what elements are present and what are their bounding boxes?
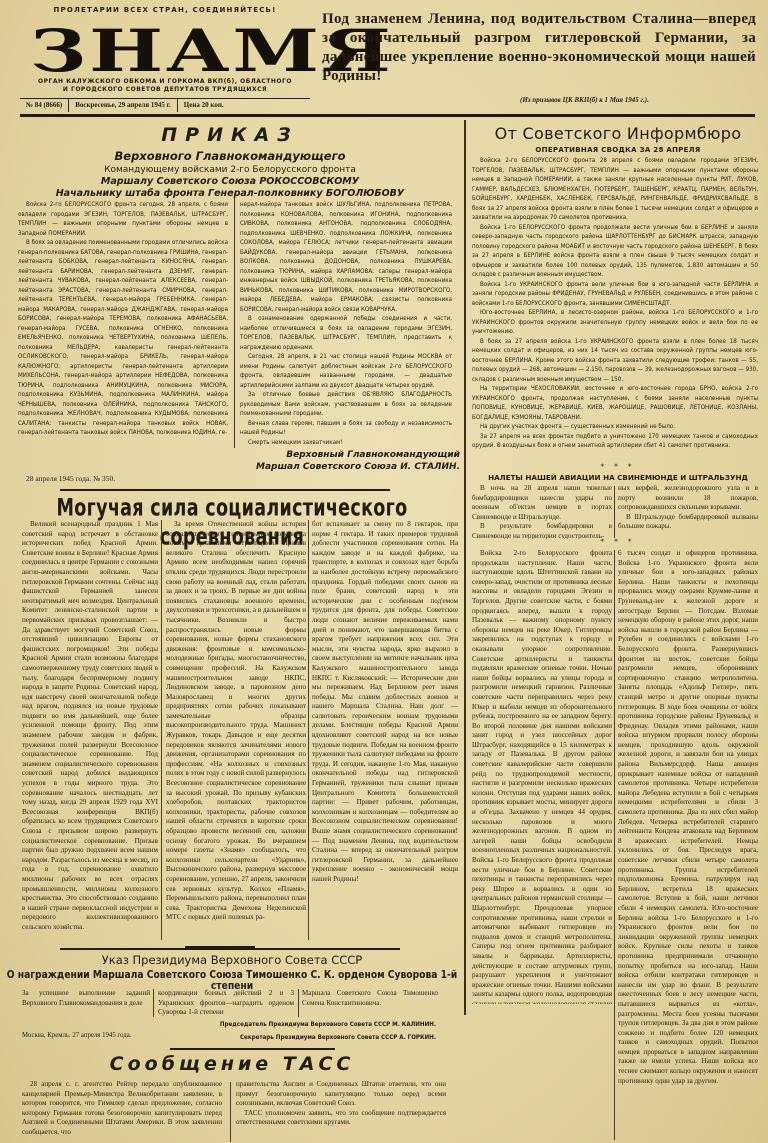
ukaz-title: Указ Президиума Верховного Совета СССР	[0, 953, 464, 967]
column-divider	[234, 198, 235, 448]
tass-column-2: правительства Англии и Соединенных Штато…	[236, 1080, 446, 1143]
section-divider	[170, 1048, 335, 1050]
editorial-column-3: бот вспахивает за смену по 8 гектаров, п…	[312, 520, 458, 935]
ukaz-column-3: Маршала Советского Союза Тимошенко Семен…	[302, 989, 438, 1019]
organ-line-2: И ГОРОДСКОГО СОВЕТОВ ДЕПУТАТОВ ТРУДЯЩИХС…	[20, 86, 310, 94]
raid-title: НАЛЕТЫ НАШЕЙ АВИАЦИИ НА СВИНЕМЮНДЕ И ШТР…	[468, 473, 768, 482]
newspaper-page: ПРОЛЕТАРИИ ВСЕХ СТРАН, СОЕДИНЯЙТЕСЬ! ЗНА…	[0, 0, 768, 1143]
ukaz-signature-2: Секретарь Президиума Верховного Совета С…	[186, 1034, 436, 1041]
issue-price: Цена 20 коп.	[178, 99, 230, 112]
editorial-paragraph: бот вспахивает за смену по 8 гектаров, п…	[312, 520, 458, 885]
editorial-paragraph: За время Отечественной войны история соц…	[166, 520, 306, 923]
raid-paragraph: В Штральзунде бомбардировкой вызваны бол…	[618, 513, 758, 532]
sovinformburo-report: Войска 2-го БЕЛОРУССКОГО фронта 28 апрел…	[472, 156, 758, 454]
section-stars-divider: * * *	[468, 538, 768, 546]
tass-column-1: 28 апреля с. г. агентство Рейтер передал…	[22, 1080, 222, 1143]
front-news-column-2: 6 тысяч солдат и офицеров противника. Во…	[618, 549, 758, 1139]
report-paragraph: Войска 1-го УКРАИНСКОГО фронта вели улич…	[472, 280, 758, 309]
order-paragraph: Вечная слава героям, павшим в боях за св…	[240, 419, 452, 438]
tass-title: Сообщение ТАСС	[0, 1053, 464, 1075]
report-paragraph: В боях за 27 апреля войска 1-го УКРАИНСК…	[472, 337, 758, 385]
column-divider	[230, 1082, 231, 1142]
column-divider	[153, 989, 154, 1017]
report-paragraph: Войска 1-го БЕЛОРУССКОГО фронта продолжа…	[472, 223, 758, 280]
editorial-paragraph: Великий всенародный праздник 1 Мая совет…	[22, 520, 158, 930]
raid-paragraph: ных верфей, железнодорожного узла и в по…	[618, 484, 758, 513]
order-paragraph: В боях за овладение поименованными город…	[18, 238, 228, 438]
ukaz-place-date: Москва, Кремль. 27 апреля 1945 года.	[22, 1032, 131, 1039]
order-signature-name: Маршал Советского Союза И. СТАЛИН.	[200, 462, 460, 472]
order-addressee-1: Командующему войсками 2-го Белорусского …	[0, 165, 460, 175]
column-divider	[614, 486, 615, 538]
report-paragraph: Войска 2-го БЕЛОРУССКОГО фронта 28 апрел…	[472, 156, 758, 223]
order-paragraph: Смерть немецким захватчикам!	[240, 438, 452, 448]
issue-info-bar: № 84 (8666) Воскресенье, 29 апреля 1945 …	[20, 98, 310, 112]
slogan-source: (Из призывов ЦК ВКП(б) к 1 Мая 1945 г.).	[520, 96, 649, 104]
order-signature-title: Верховный Главнокомандующий	[230, 450, 460, 460]
section-stars-divider: * * *	[468, 463, 768, 471]
masthead-slogan: Под знаменем Ленина, под водительством С…	[322, 10, 756, 86]
order-paragraph: Войска 2-го БЕЛОРУССКОГО фронта сегодня,…	[18, 200, 228, 238]
column-divider	[614, 550, 615, 1140]
tass-paragraph: 28 апреля с. г. агентство Рейтер передал…	[22, 1080, 222, 1138]
raid-paragraph: В результате бомбардировки в Свинемюнде …	[472, 522, 612, 539]
order-subtitle: Верховного Главнокомандующего	[0, 149, 460, 163]
order-addressee-2: Маршалу Советского Союза РОКОССОВСКОМУ	[0, 176, 460, 187]
editorial-column-2: За время Отечественной войны история соц…	[166, 520, 306, 935]
sovinformburo-subtitle: ОПЕРАТИВНАЯ СВОДКА ЗА 28 АПРЕЛЯ	[468, 146, 768, 154]
order-column-1: Войска 2-го БЕЛОРУССКОГО фронта сегодня,…	[18, 200, 228, 440]
section-divider	[464, 120, 466, 1015]
masthead-organ: ОРГАН КАЛУЖСКОГО ОБКОМА И ГОРКОМА ВКП(б)…	[20, 78, 310, 95]
masthead-motto: ПРОЛЕТАРИИ ВСЕХ СТРАН, СОЕДИНЯЙТЕСЬ!	[0, 6, 330, 14]
issue-date: Воскресенье, 29 апреля 1945 г.	[69, 99, 178, 112]
report-paragraph: Юго-восточнее БЕРЛИНА, в лесисто-озерном…	[472, 308, 758, 337]
ukaz-column-1: За успешное выполнение заданий Верховног…	[22, 989, 150, 1029]
section-divider-accent	[185, 946, 255, 950]
tass-paragraph: ТАСС уполномочен заявить, что это сообще…	[236, 1109, 446, 1128]
tass-paragraph: правительства Англии и Соединенных Штато…	[236, 1080, 446, 1109]
column-divider	[298, 989, 299, 1017]
section-divider	[60, 489, 390, 491]
editorial-column-1: Великий всенародный праздник 1 Мая совет…	[22, 520, 158, 930]
order-paragraph: В ознаменование одержанной победы соедин…	[240, 314, 452, 352]
report-paragraph: На других участках фронта — существенных…	[472, 422, 758, 432]
front-news-column-1: Войска 2-го Белорусского фронта продолжа…	[472, 549, 612, 1004]
report-paragraph: За 27 апреля на всех фронтах подбито и у…	[472, 432, 758, 451]
ukaz-column-2: координации боевых действий 2 и 3 Украин…	[158, 989, 294, 1019]
order-date: 28 апреля 1945 года. № 350.	[26, 474, 115, 483]
order-addressee-3: Начальнику штаба фронта Генерал-полковни…	[0, 188, 460, 199]
order-title: ПРИКАЗ	[0, 124, 460, 146]
order-paragraph: За отличные боевые действия ОБ'ЯВЛЯЮ БЛА…	[240, 390, 452, 419]
report-paragraph: На территории ЧЕХОСЛОВАКИИ, восточнее и …	[472, 384, 758, 422]
column-divider	[161, 520, 162, 940]
news-paragraph: Войска 2-го Белорусского фронта продолжа…	[472, 549, 612, 1004]
order-paragraph: нерал-майора танковых войск ШУЛЬГИНА, по…	[240, 200, 452, 314]
news-paragraph: 6 тысяч солдат и офицеров противника. Во…	[618, 549, 758, 1086]
ukaz-signature-1: Председатель Президиума Верховного Совет…	[186, 1021, 436, 1028]
masthead-divider	[20, 114, 755, 117]
organ-line-1: ОРГАН КАЛУЖСКОГО ОБКОМА И ГОРКОМА ВКП(б)…	[20, 78, 310, 86]
raid-column-2: ных верфей, железнодорожного узла и в по…	[618, 484, 758, 539]
issue-number: № 84 (8666)	[20, 99, 69, 112]
order-paragraph: Сегодня, 28 апреля, в 21 час столица наш…	[240, 352, 452, 390]
sovinformburo-title: От Советского Информбюро	[468, 124, 768, 143]
column-divider	[308, 520, 309, 940]
order-column-2: нерал-майора танковых войск ШУЛЬГИНА, по…	[240, 200, 452, 460]
raid-paragraph: В ночь на 28 апреля наши тяжелые бомбард…	[472, 484, 612, 522]
raid-column-1: В ночь на 28 апреля наши тяжелые бомбард…	[472, 484, 612, 539]
